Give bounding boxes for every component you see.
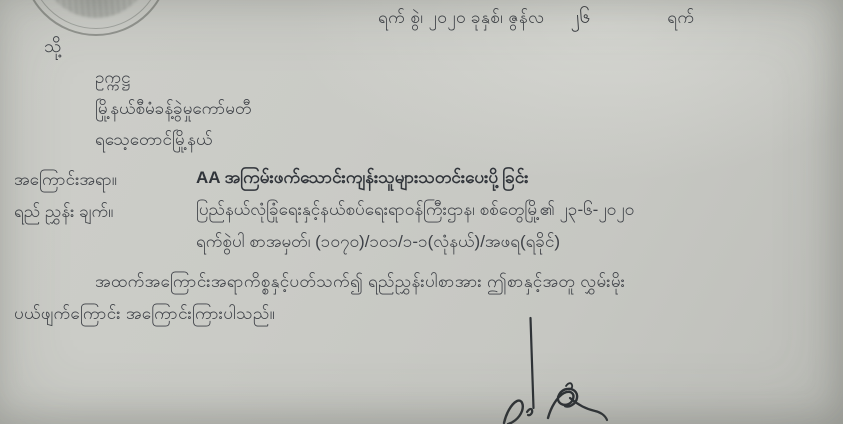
date-line: ရက် စွဲ၊ ၂၀၂၀ ခုနှစ်၊ ဇွန်လ၂၆ရက် [378, 5, 694, 33]
body-paragraph-line-2: ပယ်ဖျက်ကြောင်း အကြောင်းကြားပါသည်။ [14, 303, 275, 328]
handwritten-date-day: ၂၆ [569, 4, 592, 33]
salutation-to: သို့ [44, 34, 61, 61]
handwritten-signature [504, 383, 607, 424]
date-suffix: ရက် [667, 7, 694, 32]
subject-text: AA အကြမ်းဖက်သောင်းကျန်းသူများသတင်းပေးပို… [196, 167, 529, 192]
reference-line-2: ရက်စွဲပါ စာအမှတ်၊ (၁၀၇၀)/၁၀၁/၁-၁(လုံနယ်)… [196, 231, 560, 256]
recipient-township: ရသေ့တောင်မြို့နယ် [95, 124, 252, 155]
vertical-pen-stroke [531, 318, 534, 408]
body-paragraph-line-1: အထက်အကြောင်းအရာကိစ္စနှင့်ပတ်သက်၍ ရည်ညွှန… [95, 271, 625, 296]
recipient-organization: မြို့နယ်စီမံခန့်ခွဲမှုကော်မတီ [95, 93, 252, 124]
official-seal-icon [22, 0, 170, 36]
subject-label: အကြောင်းအရာ။ [14, 169, 117, 194]
reference-line-1: ပြည်နယ်လုံခြုံရေးနှင့်နယ်စပ်ရေးရာဝန်ကြီး… [196, 199, 634, 224]
reference-label: ရည် ညွှန်း ချက်။ [14, 201, 113, 226]
recipient-block: ဥက္ကဋ္ဌ မြို့နယ်စီမံခန့်ခွဲမှုကော်မတီ ရသ… [95, 62, 252, 155]
recipient-title: ဥက္ကဋ္ဌ [95, 62, 252, 93]
scanned-letter-page: ရက် စွဲ၊ ၂၀၂၀ ခုနှစ်၊ ဇွန်လ၂၆ရက် သို့ ဥက… [0, 0, 843, 424]
date-prefix: ရက် စွဲ၊ ၂၀၂၀ ခုနှစ်၊ ဇွန်လ [378, 8, 544, 27]
